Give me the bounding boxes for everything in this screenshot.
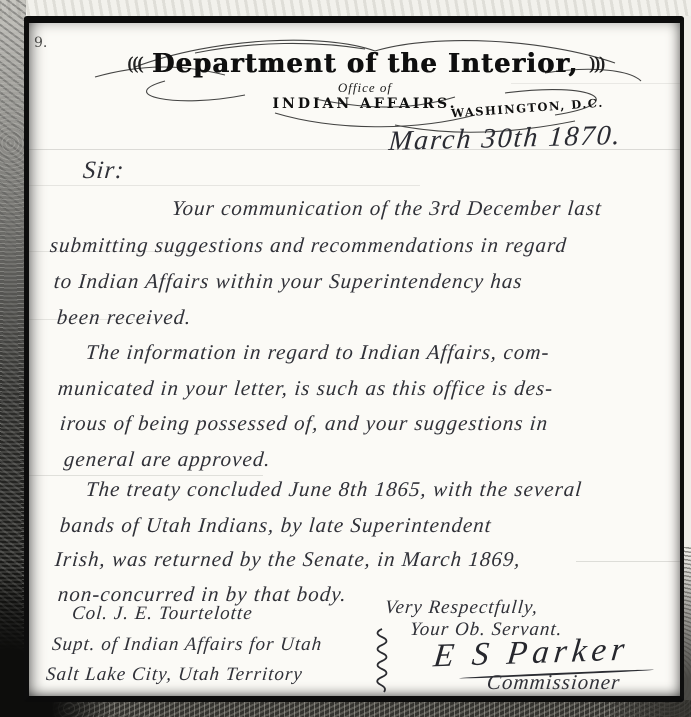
page-number-annotation: 9.	[34, 35, 47, 51]
brace-icon	[370, 627, 390, 693]
salutation: Sir:	[82, 157, 126, 185]
scan-edge-top	[0, 0, 691, 16]
date-line: March 30th 1870.	[387, 120, 622, 158]
addressee-location: Salt Lake City, Utah Territory	[45, 664, 304, 686]
handwritten-line: municated in your letter, is such as thi…	[57, 376, 554, 401]
handwritten-line: The information in regard to Indian Affa…	[85, 340, 551, 365]
signer-title: Commissioner	[486, 670, 622, 695]
scanned-document: 9. ((( Department of the	[0, 0, 691, 717]
letterhead: ((( Department of the Interior, ))) Offi…	[85, 49, 645, 112]
office-of-label: Office of	[85, 80, 645, 96]
handwritten-line: Irish, was returned by the Senate, in Ma…	[54, 547, 522, 572]
handwritten-line: Your communication of the 3rd December l…	[171, 196, 603, 221]
addressee-name: Col. J. E. Tourtelotte	[71, 603, 254, 625]
handwritten-line: The treaty concluded June 8th 1865, with…	[85, 477, 583, 502]
handwritten-line: to Indian Affairs within your Superinten…	[53, 269, 524, 294]
valediction-line1: Very Respectfully,	[384, 597, 539, 619]
handwritten-line: bands of Utah Indians, by late Superinte…	[59, 513, 493, 538]
scan-line	[29, 475, 263, 476]
handwritten-line: submitting suggestions and recommendatio…	[49, 233, 568, 258]
commissioner-signature: E S Parker	[432, 632, 632, 676]
flourish-right: )))	[588, 54, 603, 75]
department-name: Department of the Interior,	[152, 49, 578, 79]
letter-page: 9. ((( Department of the	[24, 16, 684, 702]
handwritten-line: general are approved.	[63, 447, 272, 472]
flourish-left: (((	[127, 54, 142, 75]
handwritten-line: been received.	[56, 305, 193, 330]
scan-line	[576, 561, 680, 562]
scan-line	[29, 185, 420, 186]
department-title-row: ((( Department of the Interior, )))	[85, 49, 645, 79]
handwritten-line: irous of being possessed of, and your su…	[59, 411, 549, 436]
addressee-title: Supt. of Indian Affairs for Utah	[51, 634, 323, 656]
